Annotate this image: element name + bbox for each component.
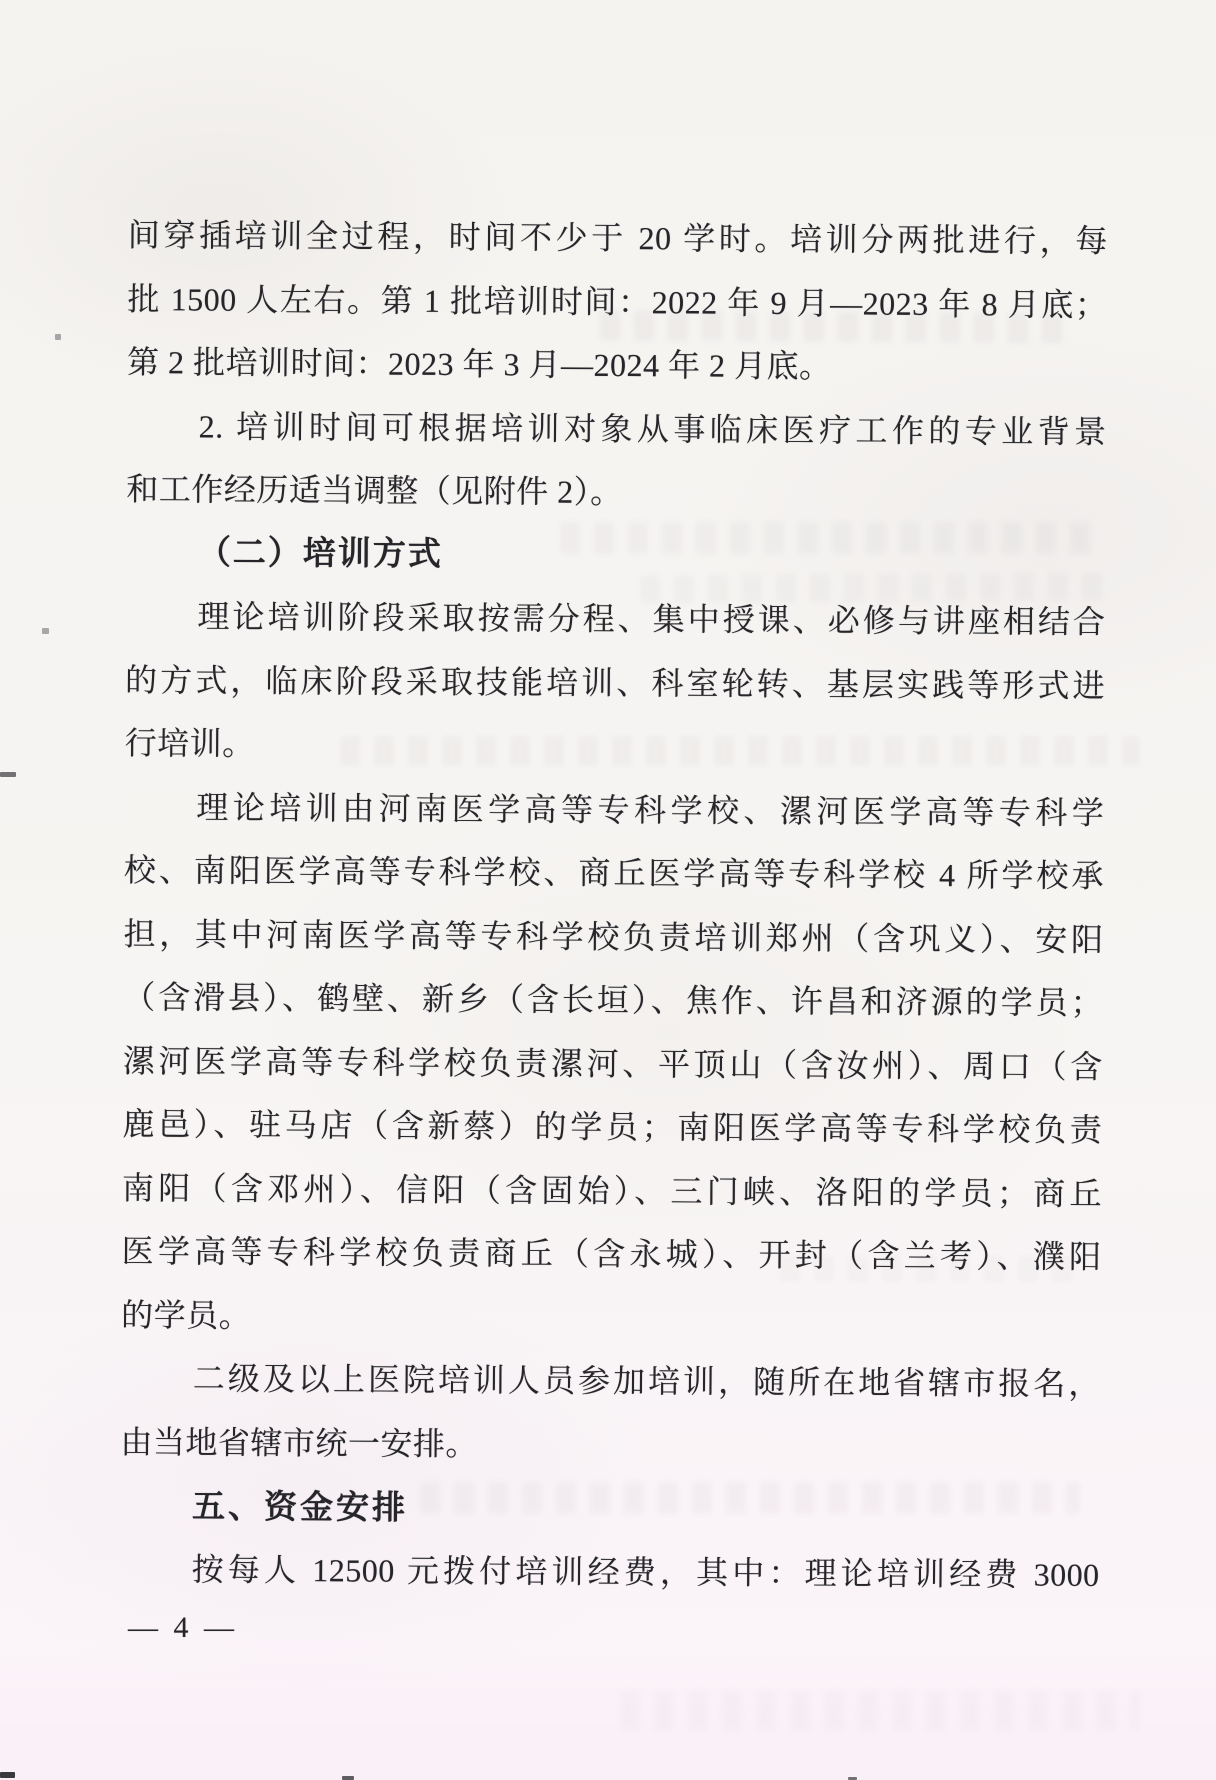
text-line: 医学高等专科学校负责商丘（含永城）、开封（含兰考）、濮阳 [121, 1220, 1101, 1289]
text-line: 2. 培训时间可根据培训对象从事临床医疗工作的专业背景 [126, 394, 1106, 463]
text-line: 第 2 批培训时间：2023 年 3 月—2024 年 2 月底。 [127, 331, 1107, 400]
text-line: （含滑县）、鹤壁、新乡（含长垣）、焦作、许昌和济源的学员； [123, 966, 1103, 1035]
text-line: 五、资金安排 [120, 1474, 1100, 1543]
text-line: 二级及以上医院培训人员参加培训，随所在地省辖市报名， [121, 1347, 1101, 1416]
text-line: 漯河医学高等专科学校负责漯河、平顶山（含汝州）、周口（含 [123, 1029, 1103, 1098]
bleed-through-artifact [620, 1690, 1140, 1730]
text-line: 行培训。 [125, 712, 1105, 781]
text-line: 校、南阳医学高等专科学校、商丘医学高等专科学校 4 所学校承 [124, 839, 1104, 908]
text-line: 南阳（含邓州）、信阳（含固始）、三门峡、洛阳的学员；商丘 [122, 1156, 1102, 1225]
text-line: 理论培训由河南医学高等专科学校、漯河医学高等专科学 [124, 775, 1104, 844]
text-line: 和工作经历适当调整（见附件 2）。 [126, 458, 1106, 527]
text-line: 理论培训阶段采取按需分程、集中授课、必修与讲座相结合 [125, 585, 1105, 654]
text-line: 批 1500 人左右。第 1 批培训时间：2022 年 9 月—2023 年 8… [127, 267, 1107, 336]
text-line: 按每人 12500 元拨付培训经费，其中：理论培训经费 3000 [119, 1537, 1099, 1606]
scan-edge-mark [0, 772, 16, 777]
text-line: 的方式，临床阶段采取技能培训、科室轮转、基层实践等形式进 [125, 648, 1105, 717]
text-line: 鹿邑）、驻马店（含新蔡）的学员；南阳医学高等专科学校负责 [122, 1093, 1102, 1162]
text-line: 间穿插培训全过程，时间不少于 20 学时。培训分两批进行，每 [128, 204, 1108, 273]
scan-speck [55, 334, 61, 340]
scan-edge-mark [342, 1776, 354, 1780]
document-body: 间穿插培训全过程，时间不少于 20 学时。培训分两批进行，每批 1500 人左右… [119, 204, 1108, 1607]
text-line: 的学员。 [121, 1283, 1101, 1352]
text-line: （二）培训方式 [126, 521, 1106, 590]
page-number: — 4 — [128, 1604, 238, 1652]
scan-speck [42, 628, 49, 634]
text-line: 由当地省辖市统一安排。 [120, 1410, 1100, 1479]
text-line: 担，其中河南医学高等专科学校负责培训郑州（含巩义）、安阳 [123, 902, 1103, 971]
scan-edge-mark [0, 1772, 15, 1778]
